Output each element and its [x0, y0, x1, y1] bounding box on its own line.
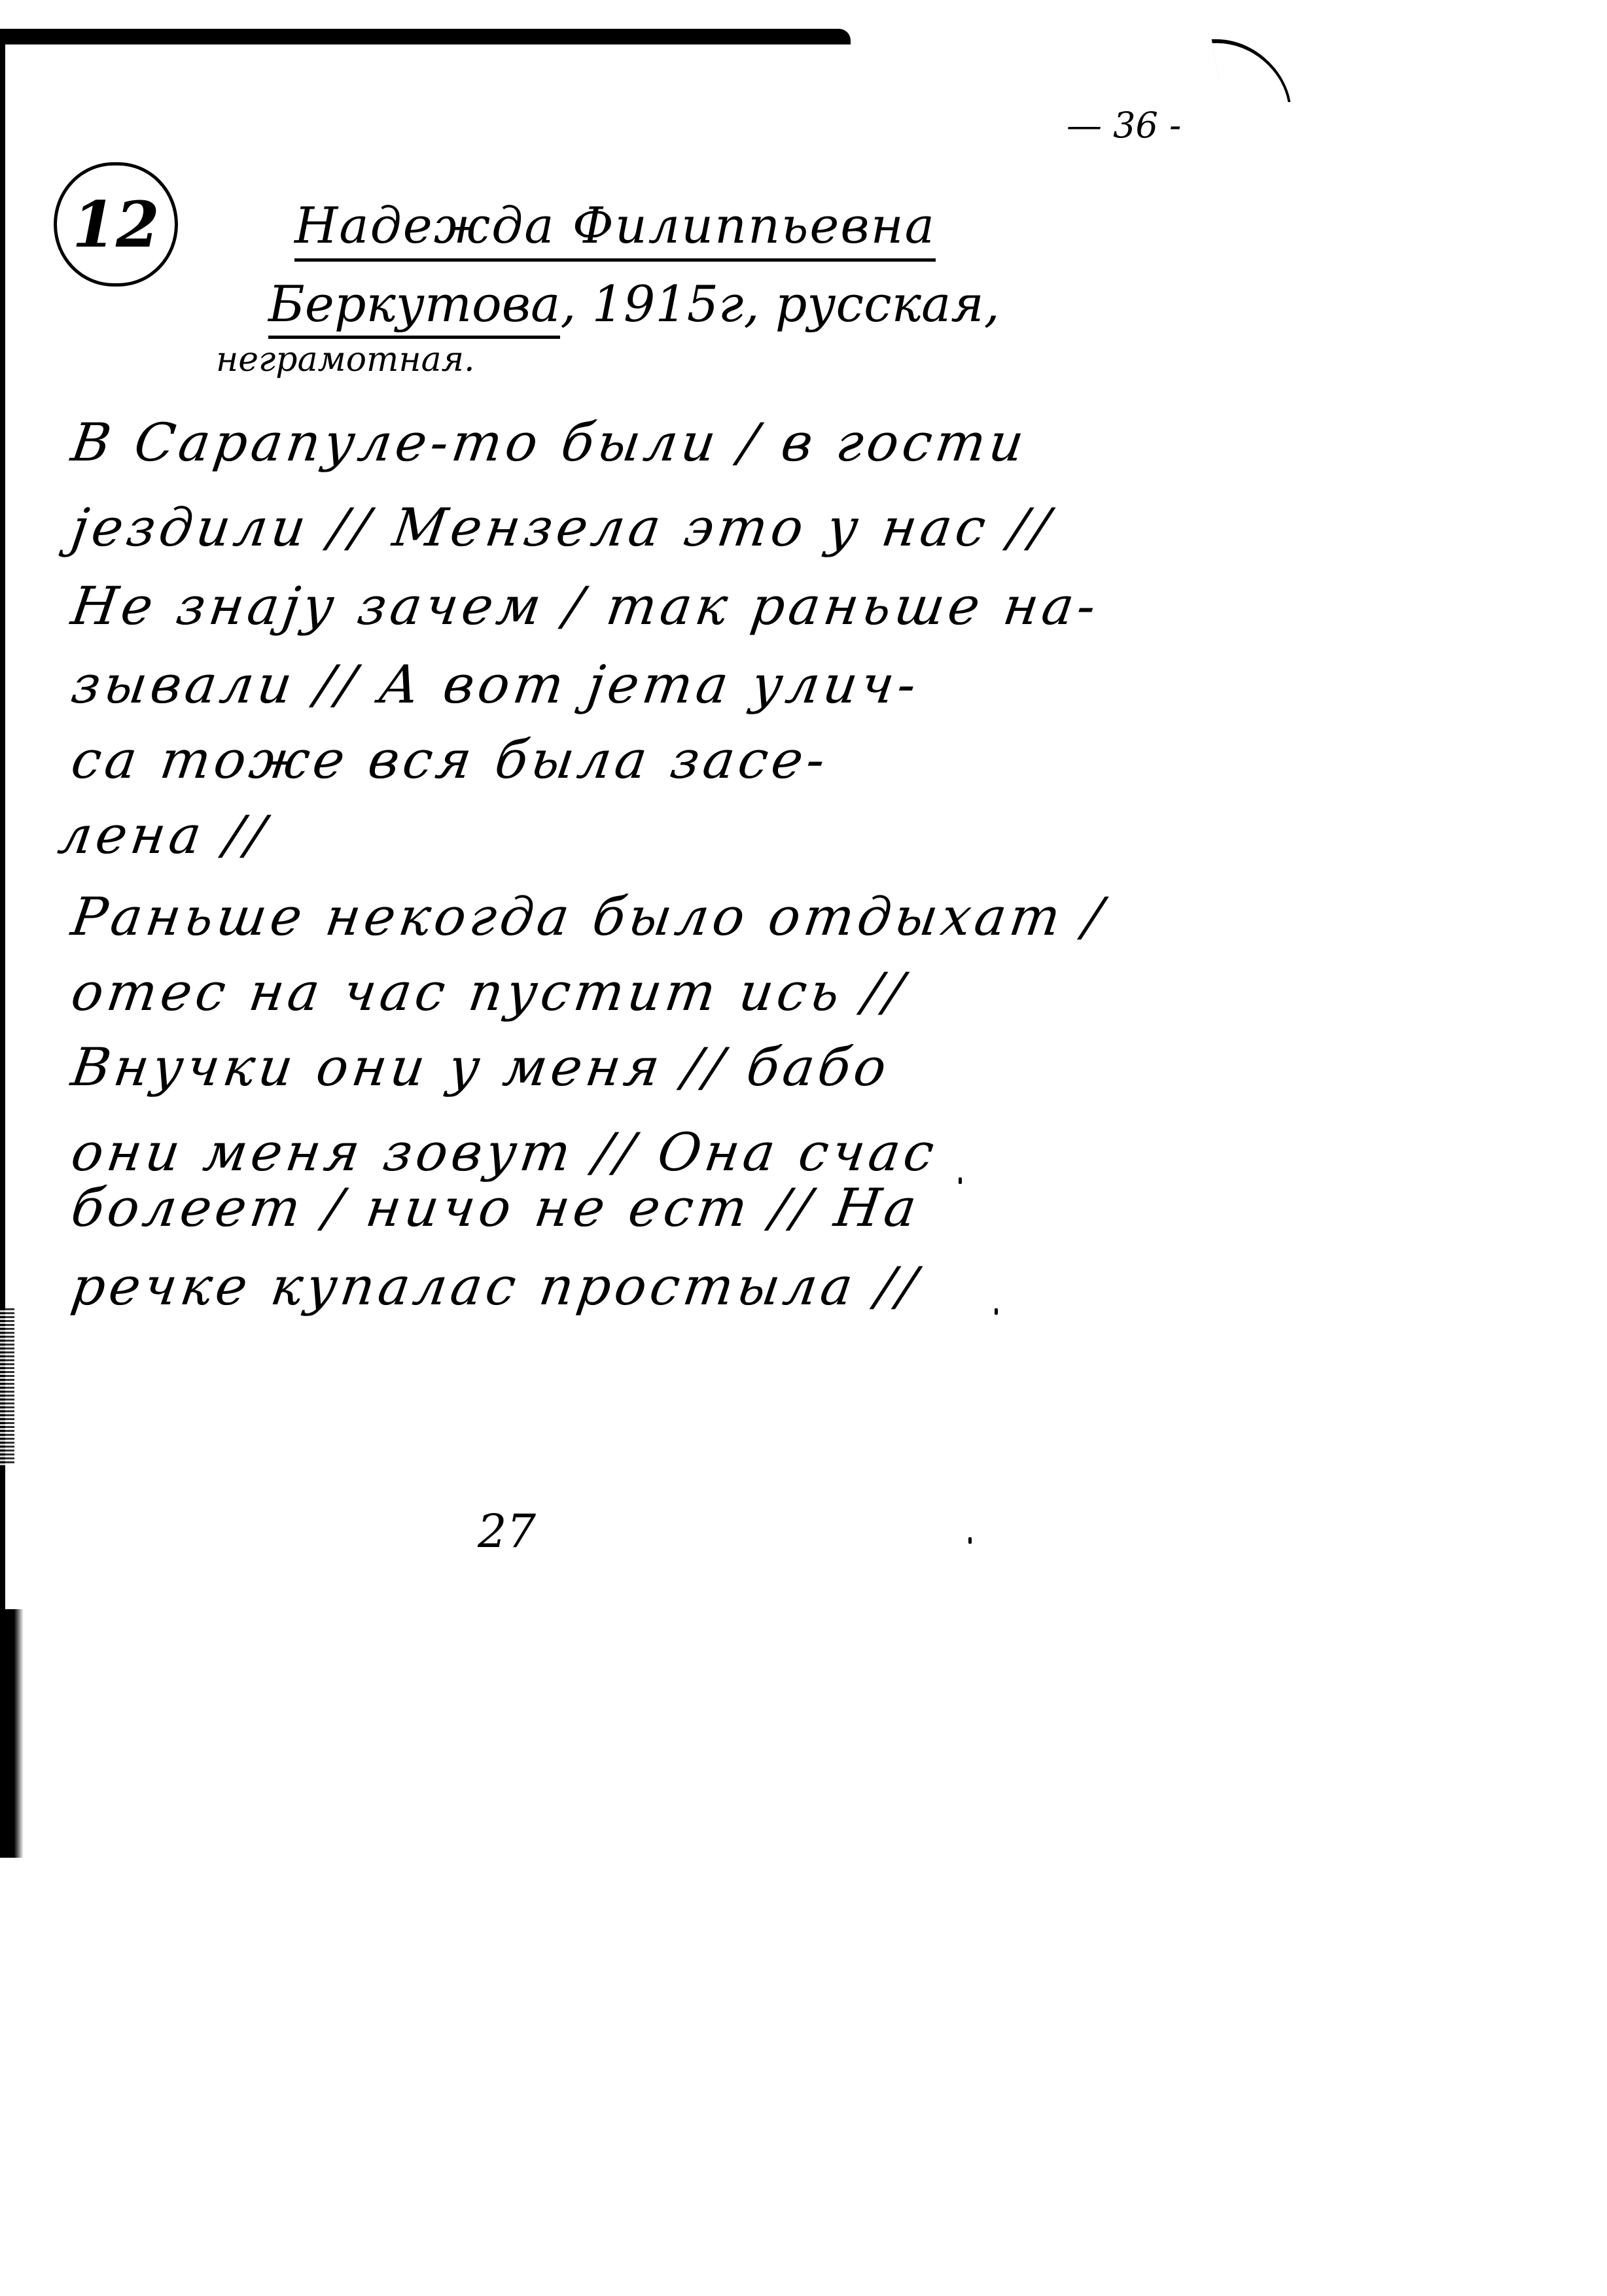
text-line: болеет / ничо не ест // На: [67, 1177, 924, 1238]
text-line: они меня зовут // Она счас: [67, 1122, 942, 1183]
text-line: Не знаjу зачем / так раньше на-: [67, 576, 1103, 636]
informant-surname-line: Беркутова, 1915г, русская,: [268, 275, 1000, 333]
ink-speck: [995, 1308, 998, 1315]
page-number-bottom: 27: [478, 1505, 536, 1558]
scan-top-edge: [0, 29, 851, 44]
text-line: В Сарапуле-то были / в гости: [67, 412, 1031, 473]
text-line: зывали // А вот jета улич-: [67, 654, 923, 715]
entry-number-circle: 12: [54, 162, 178, 287]
ink-speck: [968, 1537, 972, 1544]
informant-literacy: неграмотная.: [216, 340, 475, 379]
text-line: Внучки они у меня // бабо: [67, 1037, 894, 1098]
text-line: са тоже вся была засе-: [67, 729, 832, 790]
scan-left-shadow: [0, 1308, 14, 1465]
ink-speck: [959, 1177, 962, 1184]
informant-surname: Беркутова: [268, 275, 560, 339]
entry-number: 12: [72, 188, 160, 262]
text-line: речке купалас простыла //: [67, 1256, 924, 1317]
scan-top-curl: [1212, 39, 1291, 102]
page-number-top: — 36 -: [1067, 105, 1181, 146]
text-line: отес на час пустит ись //: [67, 962, 911, 1022]
text-line: jездили // Мензела это у нас //: [67, 497, 1057, 558]
scan-left-shadow: [0, 1609, 24, 1858]
informant-details: , 1915г, русская,: [560, 275, 1000, 333]
text-line: Раньше некогда было отдыхат /: [67, 886, 1110, 947]
text-line: лена //: [54, 805, 272, 865]
informant-name: Надежда Филиппьевна: [294, 196, 936, 262]
